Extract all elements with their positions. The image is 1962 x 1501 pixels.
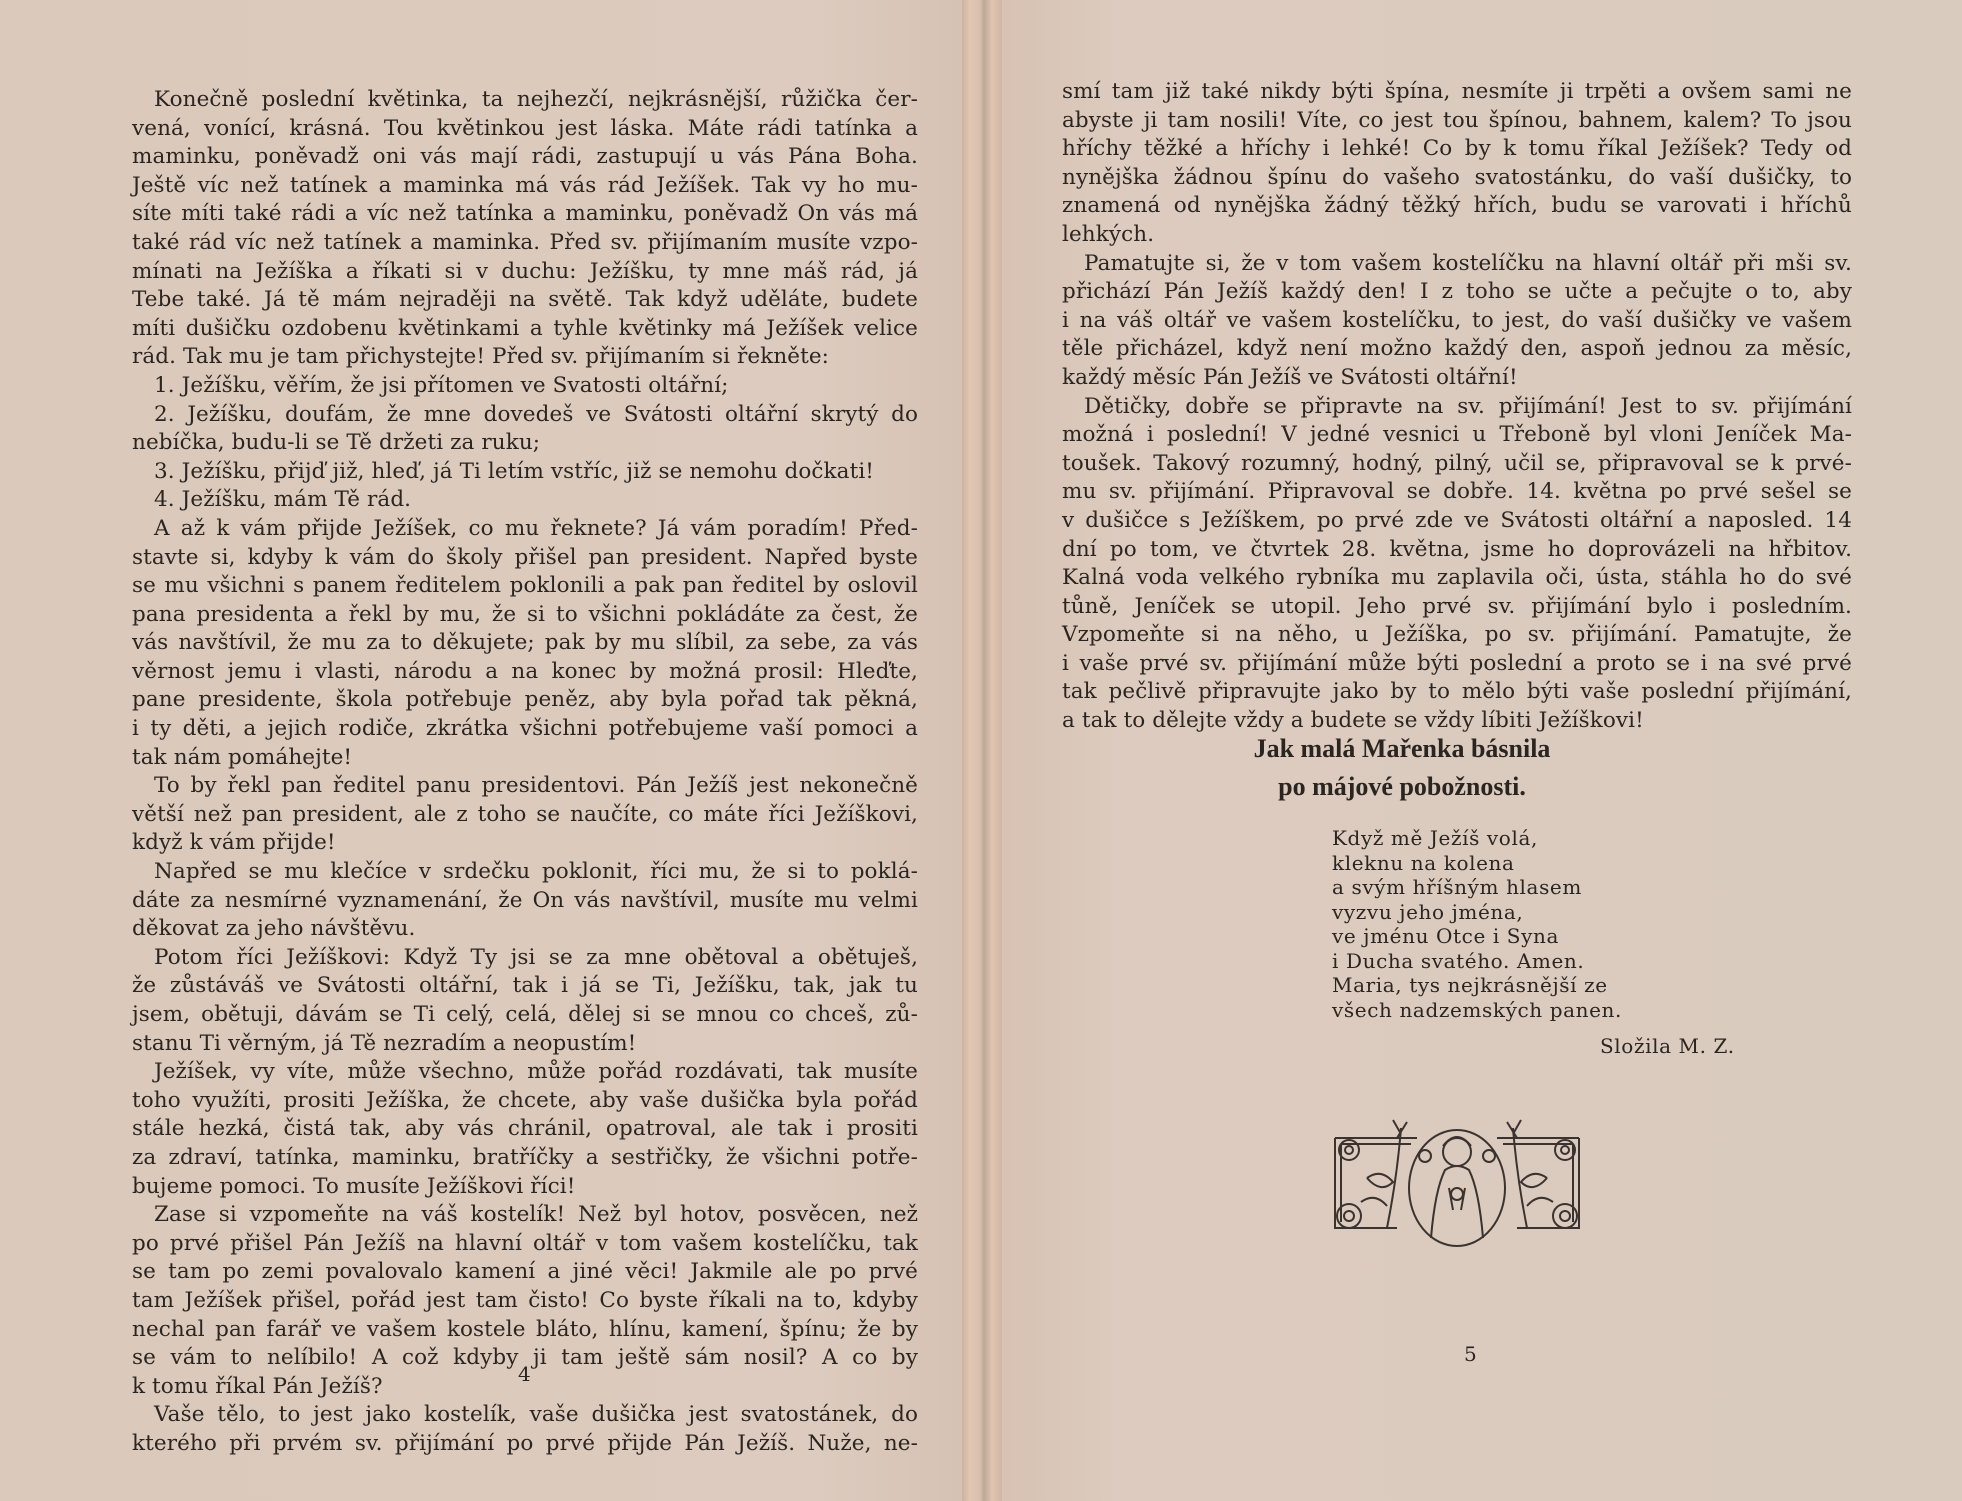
text-line: jsem, obětuji, dávám se Ti celý, celá, d… xyxy=(132,1001,918,1030)
poem-title-line-2: po májové pobožnosti. xyxy=(1002,768,1962,806)
text-line: pana presidenta a řekl by mu, že si to v… xyxy=(132,601,918,630)
poem-verse: všech nadzemských panen. xyxy=(1332,998,1622,1023)
text-line: věrnost jemu i vlasti, národu a na konec… xyxy=(132,658,918,687)
text-line: po prvé přišel Pán Ježíš na hlavní oltář… xyxy=(132,1230,918,1259)
text-line: nechal pan farář ve vašem kostele bláto,… xyxy=(132,1316,918,1345)
poem-verse: Maria, tys nejkrásnější ze xyxy=(1332,973,1622,998)
text-line: Vaše tělo, to jest jako kostelík, vaše d… xyxy=(132,1401,918,1430)
text-line: rád. Tak mu je tam přichystejte! Před sv… xyxy=(132,343,918,372)
left-page-body: Konečně poslední květinka, ta nejhezčí, … xyxy=(132,86,918,1459)
book-gutter xyxy=(962,0,1002,1501)
text-line: mínati na Ježíška a říkati si v duchu: J… xyxy=(132,258,918,287)
poem-verse: kleknu na kolena xyxy=(1332,851,1622,876)
text-line: stále hezká, čistá tak, aby vás chránil,… xyxy=(132,1115,918,1144)
right-page-number: 5 xyxy=(1464,1342,1477,1366)
text-line: pane presidente, škola potřebuje peněz, … xyxy=(132,686,918,715)
madonna-vignette-icon xyxy=(1327,1118,1587,1252)
text-line: nynějška žádnou špínu do vašeho svatostá… xyxy=(1062,164,1852,193)
poem-verse: vyzvu jeho jména, xyxy=(1332,900,1622,925)
text-line: síte míti také rádi a víc než tatínka a … xyxy=(132,200,918,229)
text-line: vená, vonící, krásná. Tou květinkou jest… xyxy=(132,115,918,144)
poem-verse: Když mě Ježíš volá, xyxy=(1332,826,1622,851)
poem-title-line-1: Jak malá Mařenka básnila xyxy=(1002,730,1962,768)
text-line: za zdraví, tatínka, maminku, bratříčky a… xyxy=(132,1144,918,1173)
text-line: každý měsíc Pán Ježíš ve Svátosti oltářn… xyxy=(1062,364,1852,393)
text-line: bujeme pomoci. To musíte Ježíškovi říci! xyxy=(132,1173,918,1202)
text-line: stanu Ti věrným, já Tě nezradím a neopus… xyxy=(132,1030,918,1059)
text-line: i vaše prvé sv. přijímání může býti posl… xyxy=(1062,650,1852,679)
text-line: dáte za nesmírné vyznamenání, že On vás … xyxy=(132,887,918,916)
text-line: také rád víc než tatínek a maminka. Před… xyxy=(132,229,918,258)
poem-signature: Složila M. Z. xyxy=(1600,1034,1735,1058)
text-line: Potom říci Ježíškovi: Když Ty jsi se za … xyxy=(132,944,918,973)
text-line: větší než pan president, ale z toho se n… xyxy=(132,801,918,830)
text-line: 2. Ježíšku, doufám, že mne dovedeš ve Sv… xyxy=(132,401,918,430)
text-line: tůně, Jeníček se utopil. Jeho prvé sv. p… xyxy=(1062,593,1852,622)
text-line: i ty děti, a jejich rodiče, zkrátka všic… xyxy=(132,715,918,744)
poem-verses: Když mě Ježíš volá, kleknu na kolena a s… xyxy=(1332,826,1622,1022)
poem-verse: ve jménu Otce i Syna xyxy=(1332,924,1622,949)
text-line: přichází Pán Ježíš každý den! I z toho s… xyxy=(1062,278,1852,307)
text-line: Ježíšek, vy víte, může všechno, může poř… xyxy=(132,1058,918,1087)
poem-title: Jak malá Mařenka básnila po májové pobož… xyxy=(1002,730,1962,806)
text-line: možná i poslední! V jedné vesnici u Třeb… xyxy=(1062,421,1852,450)
poem-verse: i Ducha svatého. Amen. xyxy=(1332,949,1622,974)
text-line: kterého při prvém sv. přijímání po prvé … xyxy=(132,1430,918,1459)
text-line: i na váš oltář ve vašem kostelíčku, to j… xyxy=(1062,307,1852,336)
text-line: znamená od nynějška žádný těžký hřích, b… xyxy=(1062,192,1852,221)
text-line: To by řekl pan ředitel panu presidentovi… xyxy=(132,772,918,801)
text-line: Dětičky, dobře se připravte na sv. přijí… xyxy=(1062,393,1852,422)
text-line: maminku, poněvadž oni vás mají rádi, zas… xyxy=(132,143,918,172)
text-line: mu sv. přijímání. Připravoval se dobře. … xyxy=(1062,478,1852,507)
text-line: míti dušičku ozdobenu květinkami a tyhle… xyxy=(132,315,918,344)
text-line: děkovat za jeho návštěvu. xyxy=(132,915,918,944)
text-line: vás navštívil, že mu za to děkujete; pak… xyxy=(132,629,918,658)
text-line: hříchy těžké a hříchy i lehké! Co by k t… xyxy=(1062,135,1852,164)
text-line: že zůstáváš ve Svátosti oltářní, tak i j… xyxy=(132,972,918,1001)
text-line: lehkých. xyxy=(1062,221,1852,250)
text-line: když k vám přijde! xyxy=(132,829,918,858)
text-line: dní po tom, ve čtvrtek 28. května, jsme … xyxy=(1062,536,1852,565)
left-page: Konečně poslední květinka, ta nejhezčí, … xyxy=(0,0,962,1501)
text-line: smí tam již také nikdy býti špína, nesmí… xyxy=(1062,78,1852,107)
text-line: nebíčka, budu-li se Tě držeti za ruku; xyxy=(132,429,918,458)
text-line: stavte si, kdyby k vám do školy přišel p… xyxy=(132,544,918,573)
text-line: Kalná voda velkého rybníka mu zaplavila … xyxy=(1062,564,1852,593)
text-line: Ještě víc než tatínek a maminka má vás r… xyxy=(132,172,918,201)
text-line: toušek. Takový rozumný, hodný, pilný, uč… xyxy=(1062,450,1852,479)
left-page-number: 4 xyxy=(518,1362,531,1386)
text-line: tak nám pomáhejte! xyxy=(132,744,918,773)
text-line: 4. Ježíšku, mám Tě rád. xyxy=(132,486,918,515)
text-line: 1. Ježíšku, věřím, že jsi přítomen ve Sv… xyxy=(132,372,918,401)
right-page: smí tam již také nikdy býti špína, nesmí… xyxy=(1002,0,1962,1501)
text-line: Tebe také. Já tě mám nejraději na světě.… xyxy=(132,286,918,315)
text-line: Vzpomeňte si na něho, u Ježíška, po sv. … xyxy=(1062,621,1852,650)
right-page-body: smí tam již také nikdy býti špína, nesmí… xyxy=(1062,78,1852,736)
text-line: Konečně poslední květinka, ta nejhezčí, … xyxy=(132,86,918,115)
text-line: se tam po zemi povalovalo kamení a jiné … xyxy=(132,1258,918,1287)
text-line: toho využíti, prositi Ježíška, že chcete… xyxy=(132,1087,918,1116)
book-spread: Konečně poslední květinka, ta nejhezčí, … xyxy=(0,0,1962,1501)
text-line: se mu všichni s panem ředitelem poklonil… xyxy=(132,572,918,601)
text-line: tak pečlivě připravujte jako by to mělo … xyxy=(1062,678,1852,707)
text-line: Zase si vzpomeňte na váš kostelík! Než b… xyxy=(132,1201,918,1230)
text-line: Pamatujte si, že v tom vašem kostelíčku … xyxy=(1062,250,1852,279)
poem-verse: a svým hříšným hlasem xyxy=(1332,875,1622,900)
text-line: A až k vám přijde Ježíšek, co mu řeknete… xyxy=(132,515,918,544)
text-line: tam Ježíšek přišel, pořád jest tam čisto… xyxy=(132,1287,918,1316)
text-line: v dušičce s Ježíškem, po prvé zde ve Svá… xyxy=(1062,507,1852,536)
text-line: 3. Ježíšku, přijď již, hleď, já Ti letím… xyxy=(132,458,918,487)
text-line: Napřed se mu klečíce v srdečku poklonit,… xyxy=(132,858,918,887)
text-line: abyste ji tam nosili! Víte, co jest tou … xyxy=(1062,107,1852,136)
text-line: těle přicházel, když není možno každý de… xyxy=(1062,335,1852,364)
